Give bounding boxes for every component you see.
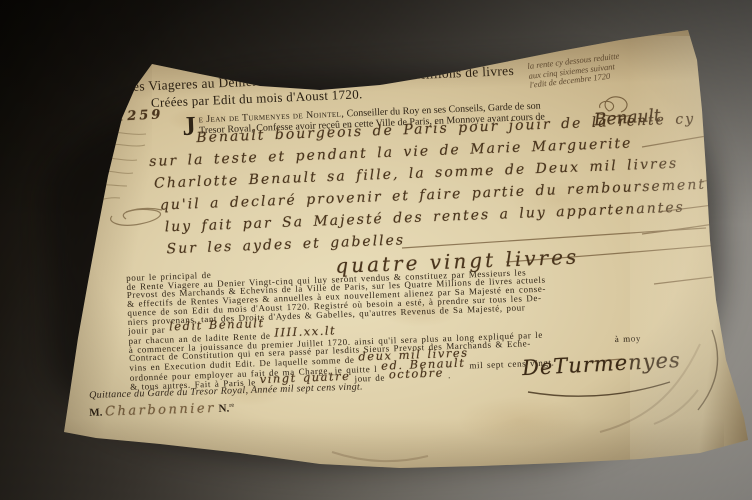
- a-moy-note: à moy: [615, 335, 642, 345]
- serial-prefix: N.: [97, 110, 109, 125]
- photo-of-historical-document: Rentes Viageres au Denier Vingt-cinq, Su…: [0, 0, 752, 500]
- handwritten-month: octobre: [389, 366, 445, 382]
- m-prefix: M.: [89, 407, 103, 419]
- notary-abbreviation: N.: [218, 403, 229, 415]
